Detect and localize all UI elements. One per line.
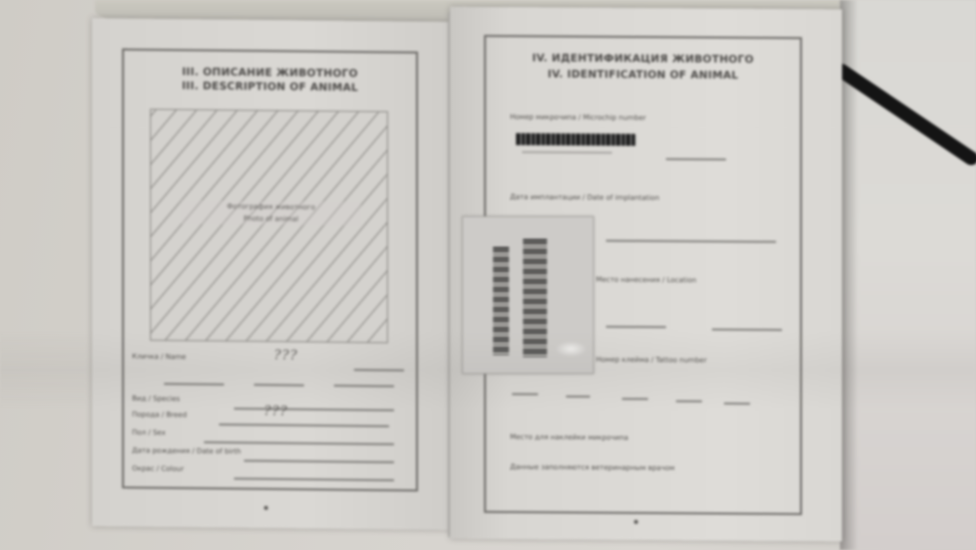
right-heading-en: IV. IDENTIFICATION OF ANIMAL bbox=[486, 67, 800, 83]
right-heading-ru: IV. ИДЕНТИФИКАЦИЯ ЖИВОТНОГО bbox=[486, 51, 800, 67]
field-location: Место нанесения / Location bbox=[596, 276, 696, 291]
shadow-band bbox=[0, 330, 976, 410]
field-sex: Пол / Sex bbox=[132, 429, 166, 443]
field-colour: Окрас / Colour bbox=[132, 465, 184, 480]
left-page-frame: III. ОПИСАНИЕ ЖИВОТНОГО III. DESCRIPTION… bbox=[122, 48, 418, 491]
field-line bbox=[522, 151, 612, 154]
footer-line-2: Данные заполняются ветеринарным врачом bbox=[510, 463, 675, 478]
photo-box-label-en: Photo of animal bbox=[181, 212, 361, 226]
field-line bbox=[219, 423, 389, 427]
field-implant-date: Дата имплантации / Date of implantation bbox=[510, 193, 659, 208]
field-line bbox=[244, 460, 394, 464]
page-number bbox=[634, 520, 638, 524]
photo-box-label: Фотография животного Photo of animal bbox=[181, 200, 361, 226]
field-line bbox=[606, 326, 666, 328]
field-line bbox=[234, 478, 394, 482]
field-microchip: Номер микрочипа / Microchip number bbox=[510, 113, 646, 128]
photo: III. ОПИСАНИЕ ЖИВОТНОГО III. DESCRIPTION… bbox=[0, 0, 976, 550]
left-heading-en: III. DESCRIPTION OF ANIMAL bbox=[124, 78, 416, 95]
field-line bbox=[606, 240, 776, 243]
left-page: III. ОПИСАНИЕ ЖИВОТНОГО III. DESCRIPTION… bbox=[92, 18, 452, 530]
page-number bbox=[264, 506, 268, 510]
field-line bbox=[666, 158, 726, 160]
animal-photo-box: Фотография животного Photo of animal bbox=[150, 109, 388, 343]
field-breed: Порода / Breed bbox=[132, 411, 187, 426]
redacted-microchip-number bbox=[516, 133, 636, 146]
field-line bbox=[204, 441, 394, 445]
field-dob: Дата рождения / Date of birth bbox=[132, 447, 241, 462]
footer-line-1: Место для наклейки микрочипа bbox=[510, 433, 628, 448]
